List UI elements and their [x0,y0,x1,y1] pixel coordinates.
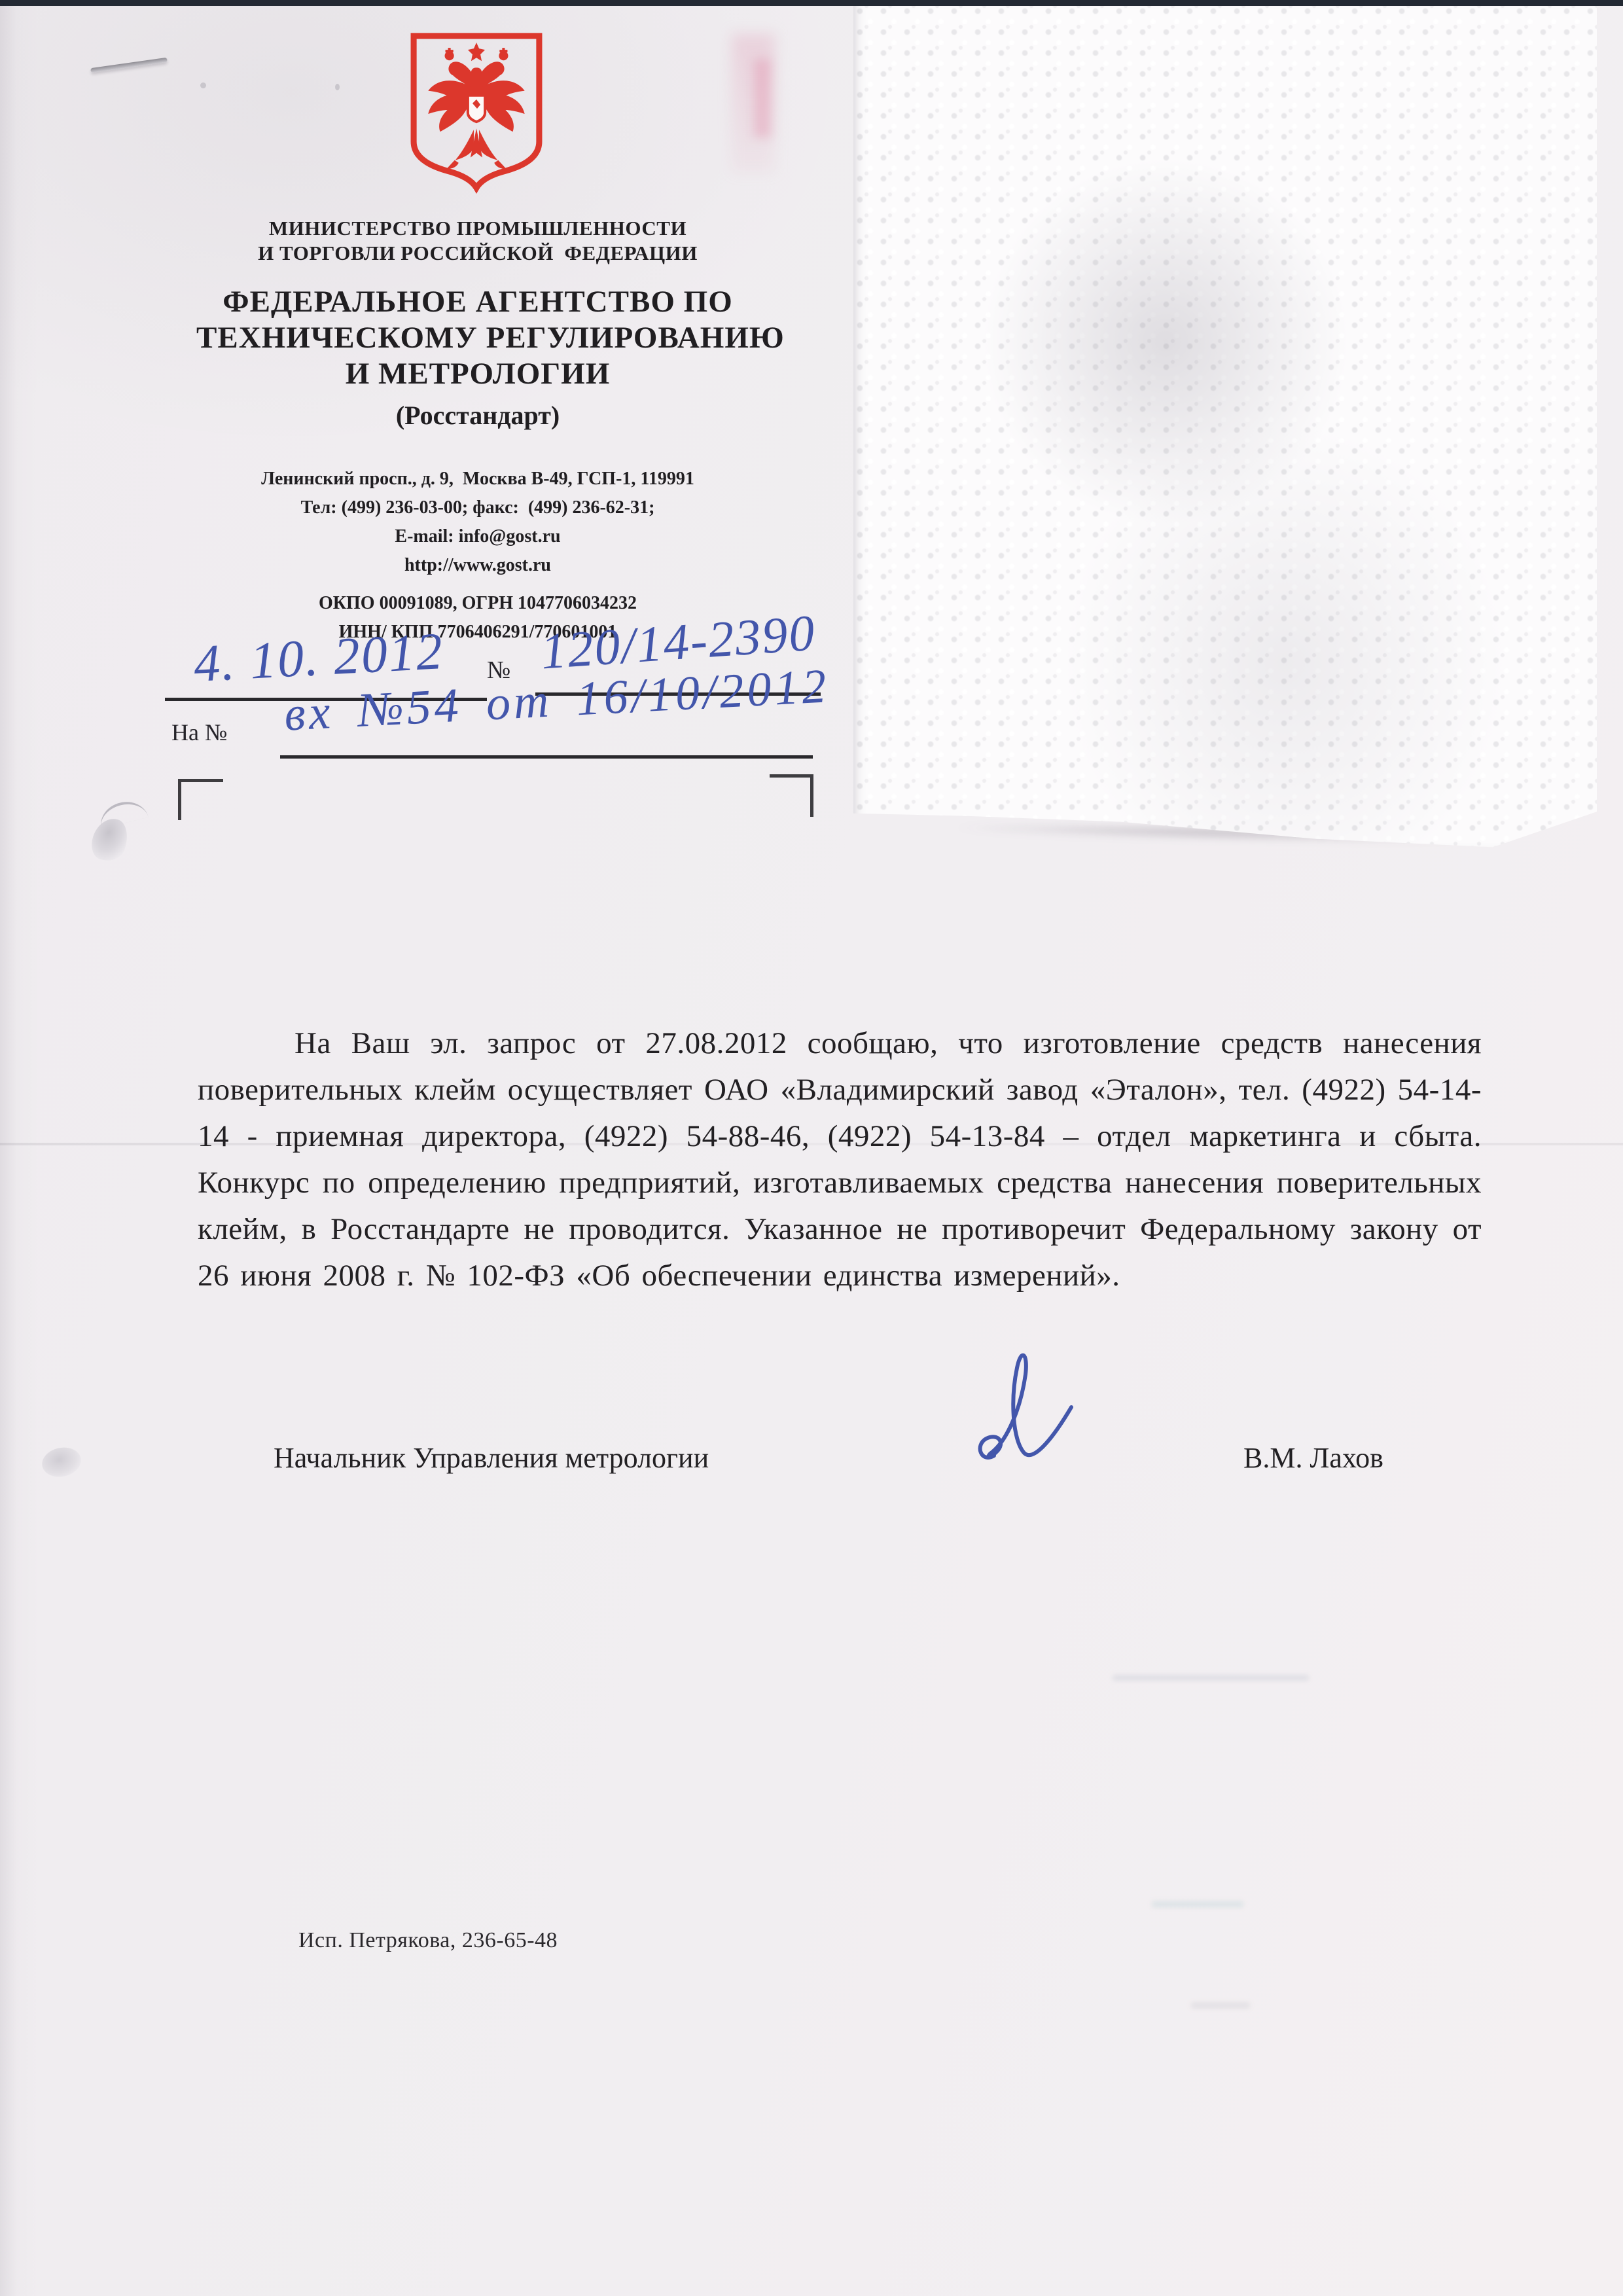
bleed-through-speck [1191,2003,1250,2008]
address-line: Ленинский просп., д. 9, Москва В-49, ГСП… [196,465,759,493]
incoming-underline [280,755,813,759]
agency-short-name: (Росстандарт) [196,400,759,431]
agency-name-line1: ФЕДЕРАЛЬНОЕ АГЕНТСТВО ПО [196,284,759,320]
napkin-overlay [853,3,1597,849]
staple-mark [90,58,168,73]
bleed-through-speck [1113,1676,1309,1680]
incoming-number-label: На № [171,719,227,746]
scanned-letter-page: МИНИСТЕРСТВО ПРОМЫШЛЕННОСТИ И ТОРГОВЛИ Р… [0,0,1623,2296]
addressee-corner-mark-right [770,774,813,817]
signer-position-title: Начальник Управления метрологии [274,1441,709,1475]
email-line: E-mail: info@gost.ru [196,522,759,551]
coat-of-arms-icon [407,29,546,195]
dust-speck [200,82,206,88]
ink-bleed-smudge [754,59,771,137]
body-paragraph: На Ваш эл. запрос от 27.08.2012 сообщаю,… [198,1020,1482,1299]
dust-speck [335,84,340,90]
ministry-name-line2: И ТОРГОВЛИ РОССИЙСКОЙ ФЕДЕРАЦИИ [196,241,759,266]
agency-name-line3: И МЕТРОЛОГИИ [196,356,759,392]
hole-punch-mark [39,1444,84,1480]
bleed-through-speck [1152,1901,1243,1907]
letterhead: МИНИСТЕРСТВО ПРОМЫШЛЕННОСТИ И ТОРГОВЛИ Р… [196,216,759,647]
ministry-name-line1: МИНИСТЕРСТВО ПРОМЫШЛЕННОСТИ [196,216,759,241]
scanner-top-edge [0,0,1623,6]
phone-fax-line: Тел: (499) 236-03-00; факс: (499) 236-62… [196,493,759,522]
website-line: http://www.gost.ru [196,551,759,580]
executor-line: Исп. Петрякова, 236-65-48 [298,1928,558,1953]
agency-name-line2: ТЕХНИЧЕСКОМУ РЕГУЛИРОВАНИЮ [196,320,759,356]
handwritten-signature [969,1327,1119,1484]
signer-name: В.М. Лахов [1243,1441,1383,1475]
addressee-corner-mark-left [178,779,223,820]
